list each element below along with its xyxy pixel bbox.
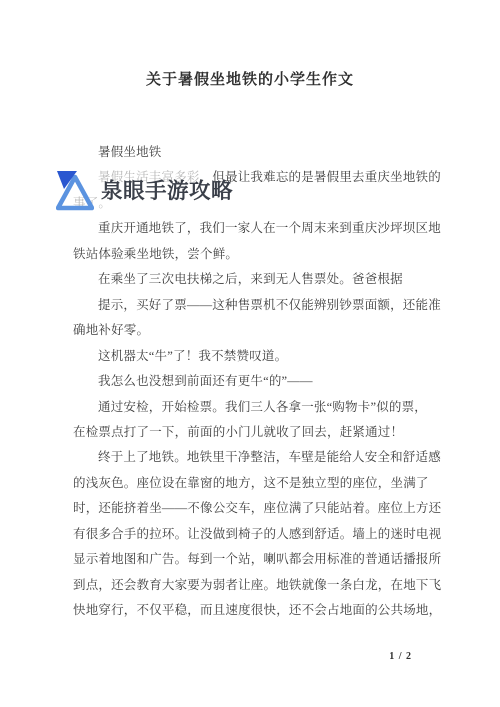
essay-line: 重庆开通地铁了，我们一家人在一个周末来到重庆沙坪坝区地 [73,216,431,241]
essay-text: 确地补好零。 [73,323,149,337]
essay-line: 在乘坐了三次电扶梯之后，来到无人售票处。爸爸根据 [73,267,431,292]
essay-line: 铁站体验乘坐地铁，尝个鲜。 [73,242,431,267]
essay-text: 这机器太“牛”了！我不禁赞叹道。 [98,349,287,363]
essay-text: 到点，还会教育大家要为弱者让座。地铁就像一条白龙，在地下飞 [73,578,441,592]
essay-text: 铁站体验乘坐地铁，尝个鲜。 [73,247,238,261]
essay-line: 这机器太“牛”了！我不禁赞叹道。 [73,344,431,369]
essay-body: 暑假坐地铁暑假生活丰富多彩，但最让我难忘的是暑假里去重庆坐地铁的事了。重庆开通地… [73,140,431,624]
essay-text: 在检票点打了一下，前面的小门儿就收了回去，赶紧通过！ [73,425,403,439]
essay-line: 暑假坐地铁 [73,140,431,165]
essay-line: 通过安检，开始检票。我们三人各拿一张“购物卡”似的票， [73,395,431,420]
essay-line: 确地补好零。 [73,318,431,343]
watermark-triangle-logo-icon [56,170,94,212]
essay-line: 我怎么也没想到前面还有更牛“的”—— [73,369,431,394]
essay-line: 显示着地图和广告。每到一个站，喇叭都会用标准的普通话播报所 [73,547,431,572]
essay-text: 我怎么也没想到前面还有更牛“的”—— [98,374,313,388]
essay-text: 的浅灰色。座位设在靠窗的地方，这不是独立型的座位，坐满了 [73,476,429,490]
essay-line: 有很多合手的拉环。让没做到椅子的人感到舒适。墙上的迷时电视 [73,522,431,547]
essay-line: 到点，还会教育大家要为弱者让座。地铁就像一条白龙，在地下飞 [73,573,431,598]
essay-line: 在检票点打了一下，前面的小门儿就收了回去，赶紧通过！ [73,420,431,445]
essay-line: 终于上了地铁。地铁里干净整洁，车壁是能给人安全和舒适感 [73,445,431,470]
watermark: 泉眼手游攻略 [56,170,233,212]
watermark-text: 泉眼手游攻略 [101,179,233,203]
page-title: 关于暑假坐地铁的小学生作文 [0,68,500,89]
essay-text: 快地穿行，不仅平稳，而且速度很快，还不会占地面的公共场地， [73,603,441,617]
essay-text: 暑假坐地铁 [98,145,162,159]
essay-text: 时，还能挤着坐——不像公交车，座位满了只能站着。座位上方还 [73,501,441,515]
essay-text: 重庆开通地铁了，我们一家人在一个周末来到重庆沙坪坝区地 [98,221,441,235]
essay-line: 的浅灰色。座位设在靠窗的地方，这不是独立型的座位，坐满了 [73,471,431,496]
document-page: 关于暑假坐地铁的小学生作文 暑假坐地铁暑假生活丰富多彩，但最让我难忘的是暑假里去… [0,0,500,707]
essay-text: 终于上了地铁。地铁里干净整洁，车壁是能给人安全和舒适感 [98,450,441,464]
essay-text: 在乘坐了三次电扶梯之后，来到无人售票处。爸爸根据 [98,272,403,286]
essay-text: 有很多合手的拉环。让没做到椅子的人感到舒适。墙上的迷时电视 [73,527,441,541]
page-number: 1 / 2 [389,651,412,662]
essay-line: 提示，买好了票——这种售票机不仅能辨别钞票面额，还能准 [73,293,431,318]
essay-text: 通过安检，开始检票。我们三人各拿一张“购物卡”似的票， [98,400,427,414]
essay-text: 提示，买好了票——这种售票机不仅能辨别钞票面额，还能准 [98,298,441,312]
essay-line: 时，还能挤着坐——不像公交车，座位满了只能站着。座位上方还 [73,496,431,521]
essay-text: 显示着地图和广告。每到一个站，喇叭都会用标准的普通话播报所 [73,552,441,566]
essay-text: 但最让我难忘的是暑假里去重庆坐地铁的 [212,170,441,184]
essay-line: 快地穿行，不仅平稳，而且速度很快，还不会占地面的公共场地， [73,598,431,623]
